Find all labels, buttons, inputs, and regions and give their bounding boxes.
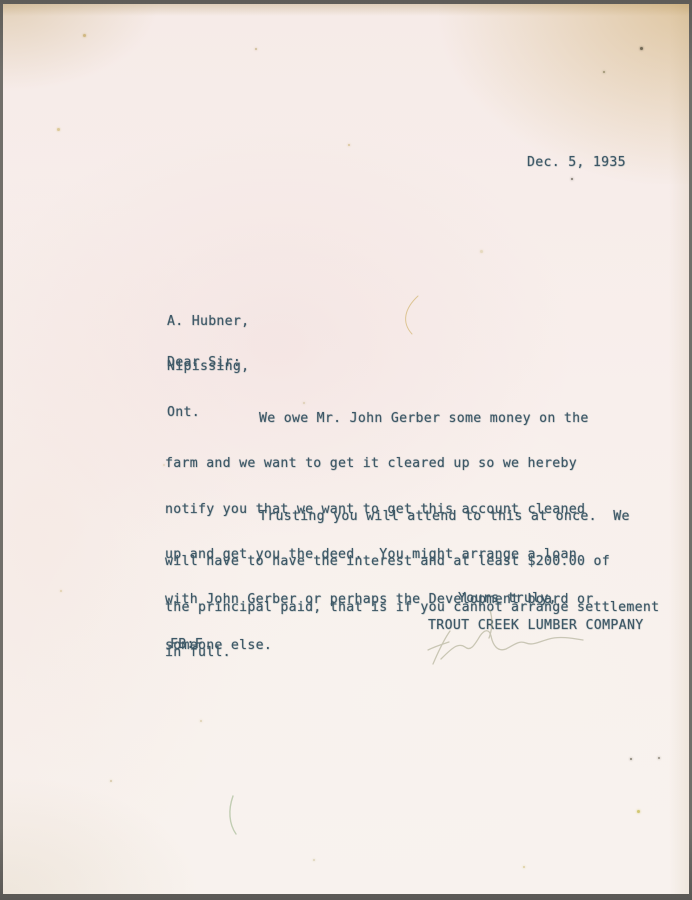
body-paragraph-2: Trusting you will attend to this at once… [165,479,659,690]
foxing-spot [255,48,257,50]
foxing-spot [603,71,605,73]
paragraph-line: in full. [165,645,659,660]
company-signature-line: TROUT CREEK LUMBER COMPANY [428,618,644,633]
foxing-spot [480,250,483,253]
foxing-spot [57,128,60,131]
address-line: A. Hubner, [167,314,249,329]
foxing-spot [637,810,640,813]
foxing-spot [313,859,315,861]
paragraph-line: will have to have the interest and at le… [165,554,659,569]
foxing-spot [200,720,202,722]
foxing-spot [348,144,350,146]
foxing-spot [630,758,632,760]
foxing-spot [110,780,112,782]
aging-top-left-corner [3,4,173,99]
paragraph-line: farm and we want to get it cleared up so… [165,456,593,471]
paragraph-line: We owe Mr. John Gerber some money on the [165,411,593,426]
foxing-spot [83,34,86,37]
paragraph-line: Trusting you will attend to this at once… [165,509,659,524]
typist-initials: FB:F [170,637,203,652]
letter-page: Dec. 5, 1935 A. Hubner, Nipissing, Ont. … [3,4,689,894]
aging-top-band [3,4,689,16]
foxing-spot [640,47,643,50]
date-line: Dec. 5, 1935 [527,155,626,170]
foxing-spot [658,757,660,759]
aging-right-edge [669,4,689,894]
green-stain-mark [230,796,236,834]
salutation: Dear Sir: [167,355,241,370]
scanned-letter: Dec. 5, 1935 A. Hubner, Nipissing, Ont. … [0,0,692,900]
foxing-spot [523,866,525,868]
scratch-arc-mark [406,296,418,334]
aging-bottom-left-corner [3,774,203,894]
closing-salutation: Yours truly, [458,591,557,606]
foxing-spot [60,590,62,592]
paragraph-line: the principal paid, that is if you canno… [165,600,659,615]
foxing-spot [571,178,573,180]
